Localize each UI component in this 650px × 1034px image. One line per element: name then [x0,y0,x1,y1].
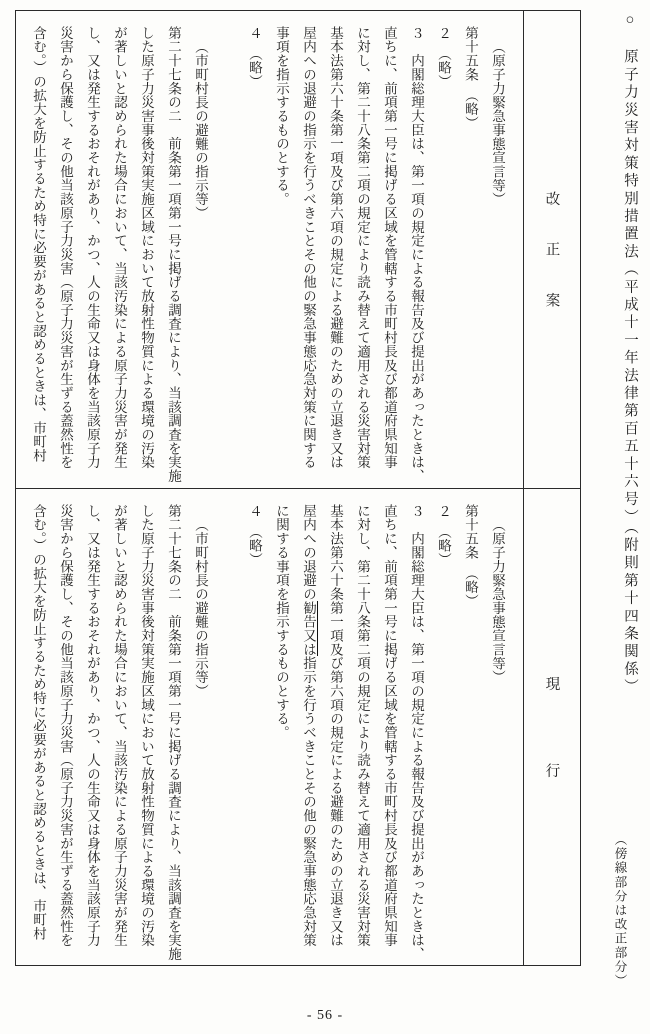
text-line: 基本法第六十条第一項及び第六項の規定による避難のための立退き又は [322,26,349,484]
sideline-note: （傍線部分は改正部分） [611,833,629,988]
text-line: 第十五条 （略） [457,26,484,484]
text-line: した原子力災害事後対策実施区域において放射性物質による環境の汚染 [133,26,160,484]
text-line: ２ （略） [430,26,457,484]
text-line [214,26,241,484]
current-law-text: （原子力緊急事態宣言等）第十五条 （略）２ （略）３ 内閣総理大臣は、第一項の規… [16,489,523,965]
text-line: に対し、第二十八条第二項の規定により読み替えて適用される災害対策 [349,26,376,484]
amendment-text: （原子力緊急事態宣言等）第十五条 （略）２ （略）３ 内閣総理大臣は、第一項の規… [16,11,523,488]
text-line: し、又は発生するおそれがあり、かつ、人の生命又は身体を当該原子力 [79,26,106,484]
text-line: ３ 内閣総理大臣は、第一項の規定による報告及び提出があったときは、 [403,504,430,961]
current-header-label: 現行 [542,676,563,850]
amendment-section: （原子力緊急事態宣言等）第十五条 （略）２ （略）３ 内閣総理大臣は、第一項の規… [16,11,580,489]
text-line: が著しいと認められた場合において、当該汚染による原子力災害が発生 [106,504,133,961]
text-line: 含む。）の拡大を防止するため特に必要があると認めるときは、市町村 [25,504,52,961]
text-line: 第十五条 （略） [457,504,484,961]
document-title: ○ 原子力災害対策特別措置法（平成十一年法律第百五十六号）（附則第十四条関係） [615,12,645,697]
text-line: 第二十七条の二 前条第一項第一号に掲げる調査により、当該調査を実施 [160,26,187,484]
text-line: （市町村長の避難の指示等） [187,504,214,961]
text-line: （原子力緊急事態宣言等） [484,504,511,961]
text-line: 災害から保護し、その他当該原子力災害（原子力災害が生ずる蓋然性を [52,26,79,484]
amended-sideline: 勧告又は [301,601,318,656]
page-number: - 56 - [0,1008,650,1024]
current-header-cell: 現行 [523,489,580,965]
text-line: 直ちに、前項第一号に掲げる区域を管轄する市町村長及び都道府県知事 [376,504,403,961]
text-line: ４ （略） [241,26,268,484]
text-line: 含む。）の拡大を防止するため特に必要があると認めるときは、市町村 [25,26,52,484]
amendment-header-cell: 改正案 [523,11,580,488]
text-line: 屋内への退避の指示を行うべきことその他の緊急事態応急対策に関する [295,26,322,484]
text-line: に関する事項を指示するものとする。 [268,504,295,961]
document-page: ○ 原子力災害対策特別措置法（平成十一年法律第百五十六号）（附則第十四条関係） … [0,0,650,1034]
text-line [214,504,241,961]
text-line: （原子力緊急事態宣言等） [484,26,511,484]
comparison-table: （原子力緊急事態宣言等）第十五条 （略）２ （略）３ 内閣総理大臣は、第一項の規… [15,10,581,966]
text-line: が著しいと認められた場合において、当該汚染による原子力災害が発生 [106,26,133,484]
amendment-header-label: 改正案 [542,192,563,344]
text-line: 基本法第六十条第一項及び第六項の規定による避難のための立退き又は [322,504,349,961]
text-line: 直ちに、前項第一号に掲げる区域を管轄する市町村長及び都道府県知事 [376,26,403,484]
text-line: （市町村長の避難の指示等） [187,26,214,484]
current-law-section: （原子力緊急事態宣言等）第十五条 （略）２ （略）３ 内閣総理大臣は、第一項の規… [16,489,580,965]
text-line: し、又は発生するおそれがあり、かつ、人の生命又は身体を当該原子力 [79,504,106,961]
text-line: ２ （略） [430,504,457,961]
text-line: 屋内への退避の勧告又は指示を行うべきことその他の緊急事態応急対策 [295,504,322,961]
text-line: 災害から保護し、その他当該原子力災害（原子力災害が生ずる蓋然性を [52,504,79,961]
text-line: 事項を指示するものとする。 [268,26,295,484]
text-line: した原子力災害事後対策実施区域において放射性物質による環境の汚染 [133,504,160,961]
text-line: ４ （略） [241,504,268,961]
text-line: に対し、第二十八条第二項の規定により読み替えて適用される災害対策 [349,504,376,961]
text-line: 第二十七条の二 前条第一項第一号に掲げる調査により、当該調査を実施 [160,504,187,961]
text-line: ３ 内閣総理大臣は、第一項の規定による報告及び提出があったときは、 [403,26,430,484]
